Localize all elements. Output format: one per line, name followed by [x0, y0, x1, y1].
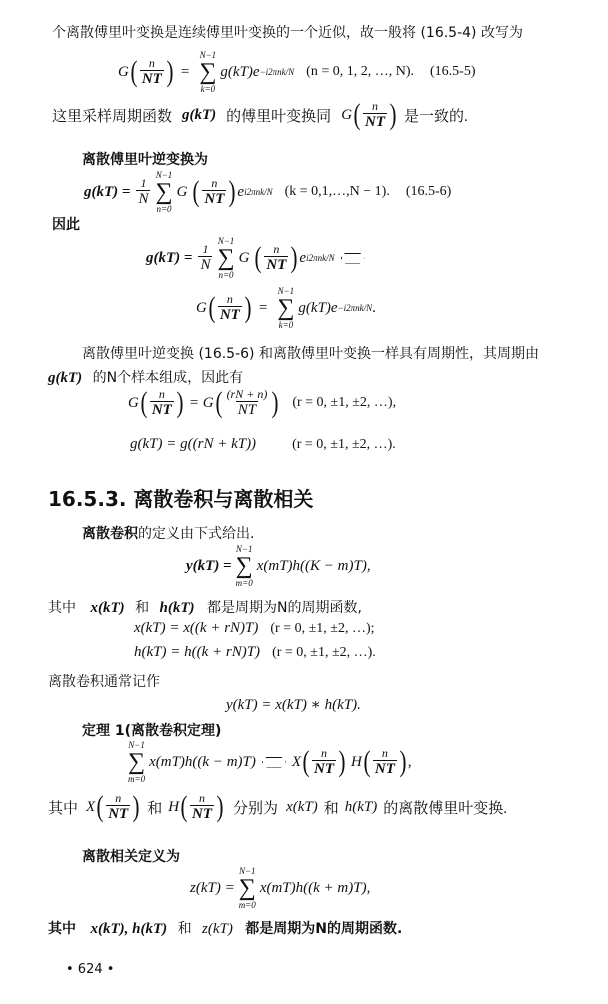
convolution-where-line: 其中 x(kT) 和 h(kT) 都是周期为N的周期函数,	[48, 597, 362, 617]
equation-tag: (16.5-5)	[430, 64, 476, 80]
convolution-notation-text: 离散卷积通常记作	[48, 671, 160, 691]
correlation-where-line: 其中 x(kT), h(kT) 和 z(kT) 都是周期为N的周期函数.	[48, 918, 402, 938]
summation-icon: N−1∑m=0	[128, 740, 145, 784]
intro-paragraph: 个离散傅里叶变换是连续傅里叶变换的一个近似，故一般将 (16.5-4) 改写为	[52, 22, 523, 42]
convolution-equation: y(kT) = N−1∑m=0 x(mT)h((K − m)T),	[186, 544, 371, 588]
periodicity-paragraph-line1: 离散傅里叶逆变换 (16.5-6) 和离散傅里叶变换一样具有周期性，其周期由	[82, 343, 539, 363]
equation-tag: (16.5-6)	[406, 184, 452, 200]
summation-icon: N−1∑m=0	[239, 866, 256, 910]
theorem-label: 定理 1(离散卷积定理)	[82, 720, 221, 740]
correlation-equation: z(kT) = N−1∑m=0 x(mT)h((k + m)T),	[190, 866, 370, 910]
transform-pair-forward: G ( nNT ) = N−1∑k=0 g(kT)e−i2πnk/N.	[196, 286, 376, 330]
section-heading: 16.5.3. 离散卷积与离散相关	[48, 483, 313, 512]
sampling-paragraph: 这里采样周期函数 g(kT) 的傅里叶变换同 G ( nNT ) 是一致的.	[52, 100, 468, 130]
summation-icon: N−1∑n=0	[217, 236, 234, 280]
inverse-dft-intro: 离散傅里叶逆变换为	[82, 149, 208, 169]
transform-pair-inverse: g(kT) = 1N N−1∑n=0 G ( nNT ) ei2πnk/N	[146, 236, 371, 280]
dft-periodicity-equation: G ( nNT ) = G ( (rN + n)NT ) (r = 0, ±1,…	[128, 388, 396, 418]
summation-icon: N−1∑k=0	[277, 286, 294, 330]
function-symbol: G	[118, 64, 129, 81]
equation-16-5-6: g(kT) = 1N N−1∑n=0 G ( nNT ) ei2πnk/N (k…	[84, 170, 451, 214]
therefore-label: 因此	[52, 214, 80, 234]
transform-pair-icon	[262, 757, 286, 768]
periodicity-paragraph-line2: g(kT) 的N个样本组成，因此有	[48, 367, 243, 387]
transform-pair-icon	[341, 253, 365, 264]
summation-icon: N−1∑m=0	[236, 544, 253, 588]
fraction: nNT	[140, 57, 164, 87]
summation-icon: N−1∑n=0	[155, 170, 172, 214]
idft-periodicity-equation: g(kT) = g((rN + kT)) (r = 0, ±1, ±2, …).	[130, 436, 396, 453]
correlation-intro: 离散相关定义为	[82, 846, 180, 866]
x-periodicity-equation: x(kT) = x((k + rN)T) (r = 0, ±1, ±2, …);	[134, 620, 375, 637]
convolution-intro: 离散卷积的定义由下式给出.	[82, 523, 254, 543]
convolution-theorem-equation: N−1∑m=0 x(mT)h((k − m)T) X ( nNT ) H ( n…	[124, 740, 412, 784]
equation-16-5-5: G ( nNT ) = N−1∑k=0 g(kT)e−i2πnk/N (n = …	[118, 50, 476, 94]
summation-icon: N−1∑k=0	[199, 50, 216, 94]
convolution-notation-equation: y(kT) = x(kT) ∗ h(kT).	[226, 695, 361, 714]
theorem-where-line: 其中 X ( nNT ) 和 H ( nNT ) 分别为 x(kT) 和 h(k…	[48, 792, 507, 822]
page-number: • 624 •	[66, 962, 114, 977]
h-periodicity-equation: h(kT) = h((k + rN)T) (r = 0, ±1, ±2, …).	[134, 644, 376, 661]
